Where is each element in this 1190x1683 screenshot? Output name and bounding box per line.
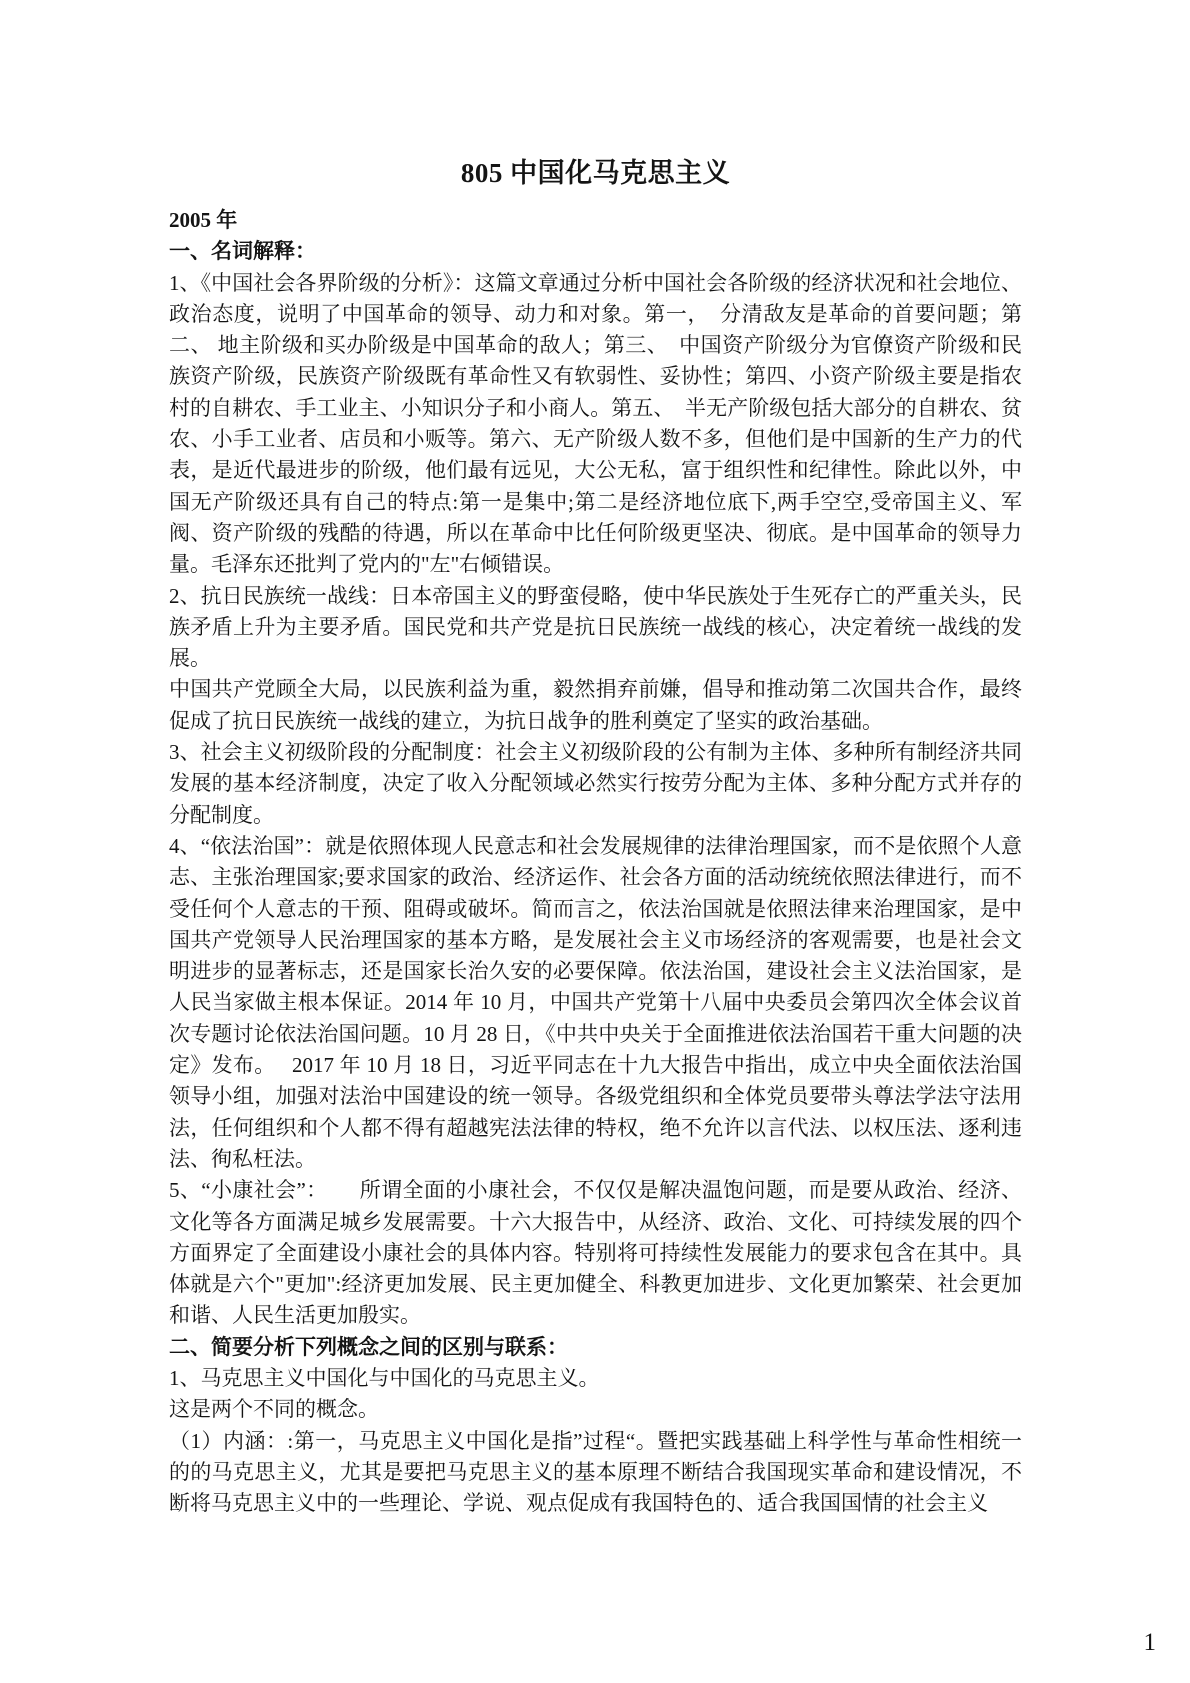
section1-paragraph-6: 5、“小康社会”： 所谓全面的小康社会，不仅仅是解决温饱问题，而是要从政治、经济… (169, 1175, 1022, 1331)
year-heading: 2005 年 (169, 205, 1022, 236)
section1-paragraph-5: 4、“依法治国”：就是依照体现人民意志和社会发展规律的法律治理国家，而不是依照个… (169, 831, 1022, 1175)
page-number: 1 (1144, 1630, 1157, 1655)
section1-paragraph-1: 1、《中国社会各界阶级的分析》：这篇文章通过分析中国社会各阶级的经济状况和社会地… (169, 268, 1022, 581)
section2-paragraph-1: 1、马克思主义中国化与中国化的马克思主义。 (169, 1363, 1022, 1394)
section1-paragraph-4: 3、社会主义初级阶段的分配制度：社会主义初级阶段的公有制为主体、多种所有制经济共… (169, 737, 1022, 831)
section1-paragraph-3: 中国共产党顾全大局，以民族利益为重，毅然捐弃前嫌，倡导和推动第二次国共合作，最终… (169, 674, 1022, 737)
document-content: 805 中国化马克思主义 2005 年 一、名词解释： 1、《中国社会各界阶级的… (169, 155, 1022, 1519)
section1-heading: 一、名词解释： (169, 236, 1022, 267)
document-title: 805 中国化马克思主义 (169, 155, 1022, 191)
document-page: 805 中国化马克思主义 2005 年 一、名词解释： 1、《中国社会各界阶级的… (0, 0, 1190, 1683)
section2-paragraph-2: 这是两个不同的概念。 (169, 1394, 1022, 1425)
section1-paragraph-2: 2、抗日民族统一战线：日本帝国主义的野蛮侵略，使中华民族处于生死存亡的严重关头，… (169, 581, 1022, 675)
section2-heading: 二、简要分析下列概念之间的区别与联系： (169, 1332, 1022, 1363)
section2-paragraph-3: （1）内涵：:第一，马克思主义中国化是指”过程“。暨把实践基础上科学性与革命性相… (169, 1426, 1022, 1520)
